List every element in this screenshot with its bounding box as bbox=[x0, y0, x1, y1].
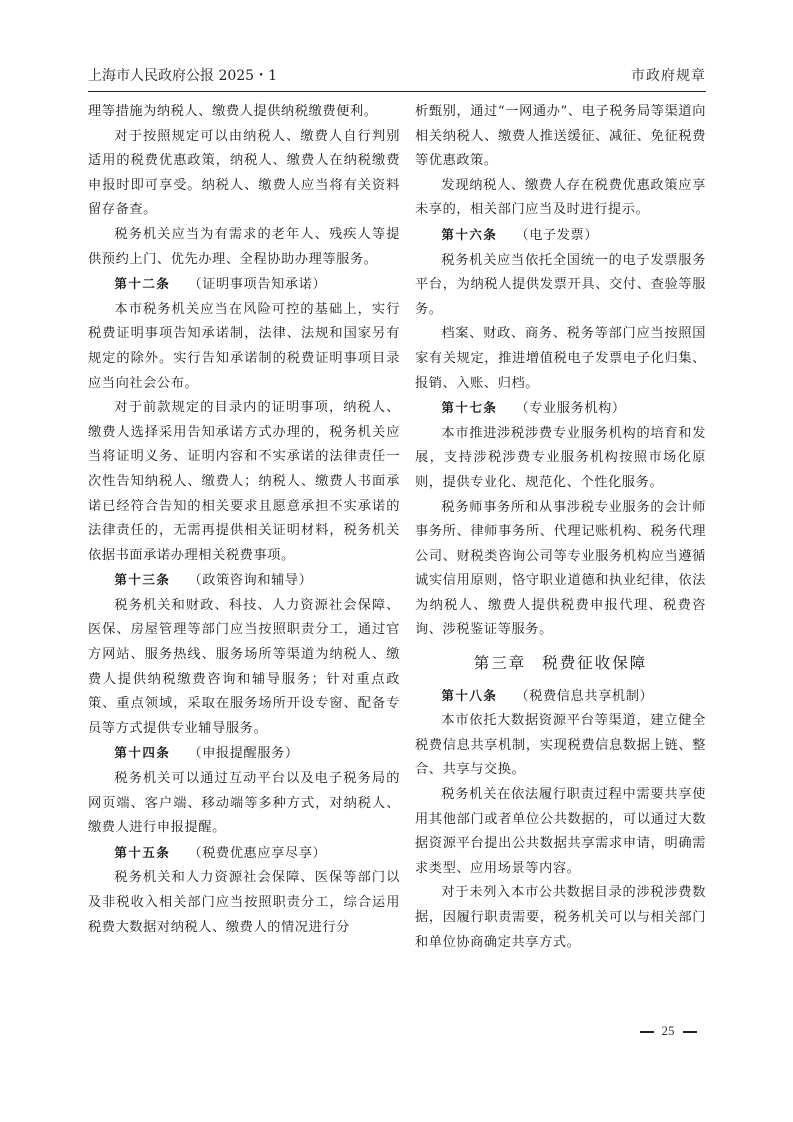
paragraph: 税务机关应当为有需求的老年人、残疾人等提供预约上门、优先办理、全程协助办理等服务… bbox=[88, 223, 400, 272]
article-number: 第十七条 bbox=[441, 400, 497, 415]
article-heading-13: 第十三条（政策咨询和辅导） bbox=[88, 568, 400, 594]
article-title: （税费信息共享机制） bbox=[515, 689, 653, 704]
dash-left bbox=[640, 1031, 654, 1033]
dash-right bbox=[683, 1031, 697, 1033]
article-heading-14: 第十四条（申报提醒服务） bbox=[88, 741, 400, 767]
chapter-heading: 第三章税费征收保障 bbox=[415, 651, 706, 676]
paragraph-continuation: 析甄别，通过“一网通办”、电子税务局等渠道向相关纳税人、缴费人推送缓征、减征、免… bbox=[415, 100, 706, 174]
publication-title: 上海市人民政府公报 2025・1 bbox=[88, 64, 277, 88]
paragraph: 税务机关应当依托全国统一的电子发票服务平台，为纳税人提供发票开具、交付、查验等服… bbox=[415, 249, 706, 323]
left-column: 理等措施为纳税人、缴费人提供纳税缴费便利。 对于按照规定可以由纳税人、缴费人自行… bbox=[88, 100, 400, 940]
running-header: 上海市人民政府公报 2025・1 市政府规章 bbox=[88, 64, 706, 88]
article-heading-18: 第十八条（税费信息共享机制） bbox=[415, 684, 706, 710]
paragraph: 对于前款规定的目录内的证明事项，纳税人、缴费人选择采用告知承诺方式办理的，税务机… bbox=[88, 396, 400, 568]
chapter-title: 税费征收保障 bbox=[542, 654, 647, 672]
article-number: 第十三条 bbox=[114, 572, 170, 587]
article-heading-17: 第十七条（专业服务机构） bbox=[415, 396, 706, 422]
paragraph: 税务师事务所和从事涉税专业服务的会计师事务所、律师事务所、代理记账机构、税务代理… bbox=[415, 496, 706, 644]
article-number: 第十四条 bbox=[114, 745, 170, 760]
section-title: 市政府规章 bbox=[631, 64, 706, 88]
article-number: 第十五条 bbox=[114, 845, 170, 860]
header-divider bbox=[88, 91, 706, 92]
paragraph: 税务机关和财政、科技、人力资源社会保障、医保、房屋管理等部门应当按照职责分工，通… bbox=[88, 594, 400, 742]
article-heading-12: 第十二条（证明事项告知承诺） bbox=[88, 272, 400, 298]
article-title: （申报提醒服务） bbox=[188, 746, 298, 761]
paragraph: 档案、财政、商务、税务等部门应当按照国家有关规定，推进增值税电子发票电子化归集、… bbox=[415, 322, 706, 396]
page-number: 25 bbox=[630, 1021, 706, 1041]
chapter-number: 第三章 bbox=[474, 654, 527, 672]
article-title: （电子发票） bbox=[515, 228, 598, 243]
article-title: （专业服务机构） bbox=[515, 401, 625, 416]
article-number: 第十六条 bbox=[441, 227, 497, 242]
article-number: 第十二条 bbox=[114, 276, 170, 291]
article-title: （税费优惠应享尽享） bbox=[188, 846, 326, 861]
paragraph: 税务机关在依法履行职责过程中需要共享使用其他部门或者单位公共数据的，可以通过大数… bbox=[415, 783, 706, 881]
paragraph: 税务机关和人力资源社会保障、医保等部门以及非税收入相关部门应当按照职责分工，综合… bbox=[88, 866, 400, 940]
article-title: （政策咨询和辅导） bbox=[188, 573, 312, 588]
paragraph: 税务机关可以通过互动平台以及电子税务局的网页端、客户端、移动端等多种方式，对纳税… bbox=[88, 767, 400, 841]
paragraph: 对于按照规定可以由纳税人、缴费人自行判别适用的税费优惠政策，纳税人、缴费人在纳税… bbox=[88, 125, 400, 223]
paragraph: 本市税务机关应当在风险可控的基础上，实行税费证明事项告知承诺制，法律、法规和国家… bbox=[88, 298, 400, 396]
page-number-value: 25 bbox=[662, 1023, 675, 1038]
paragraph: 对于未列入本市公共数据目录的涉税涉费数据，因履行职责需要，税务机关可以与相关部门… bbox=[415, 881, 706, 955]
paragraph: 本市推进涉税涉费专业服务机构的培育和发展，支持涉税涉费专业服务机构按照市场化原则… bbox=[415, 422, 706, 496]
article-heading-15: 第十五条（税费优惠应享尽享） bbox=[88, 841, 400, 867]
paragraph-continuation: 理等措施为纳税人、缴费人提供纳税缴费便利。 bbox=[88, 100, 400, 125]
article-heading-16: 第十六条（电子发票） bbox=[415, 223, 706, 249]
right-column: 析甄别，通过“一网通办”、电子税务局等渠道向相关纳税人、缴费人推送缓征、减征、免… bbox=[415, 100, 706, 955]
article-title: （证明事项告知承诺） bbox=[188, 277, 326, 292]
paragraph: 本市依托大数据资源平台等渠道，建立健全税费信息共享机制，实现税费信息数据上链、整… bbox=[415, 709, 706, 783]
article-number: 第十八条 bbox=[441, 688, 497, 703]
paragraph: 发现纳税人、缴费人存在税费优惠政策应享未享的，相关部门应当及时进行提示。 bbox=[415, 174, 706, 223]
